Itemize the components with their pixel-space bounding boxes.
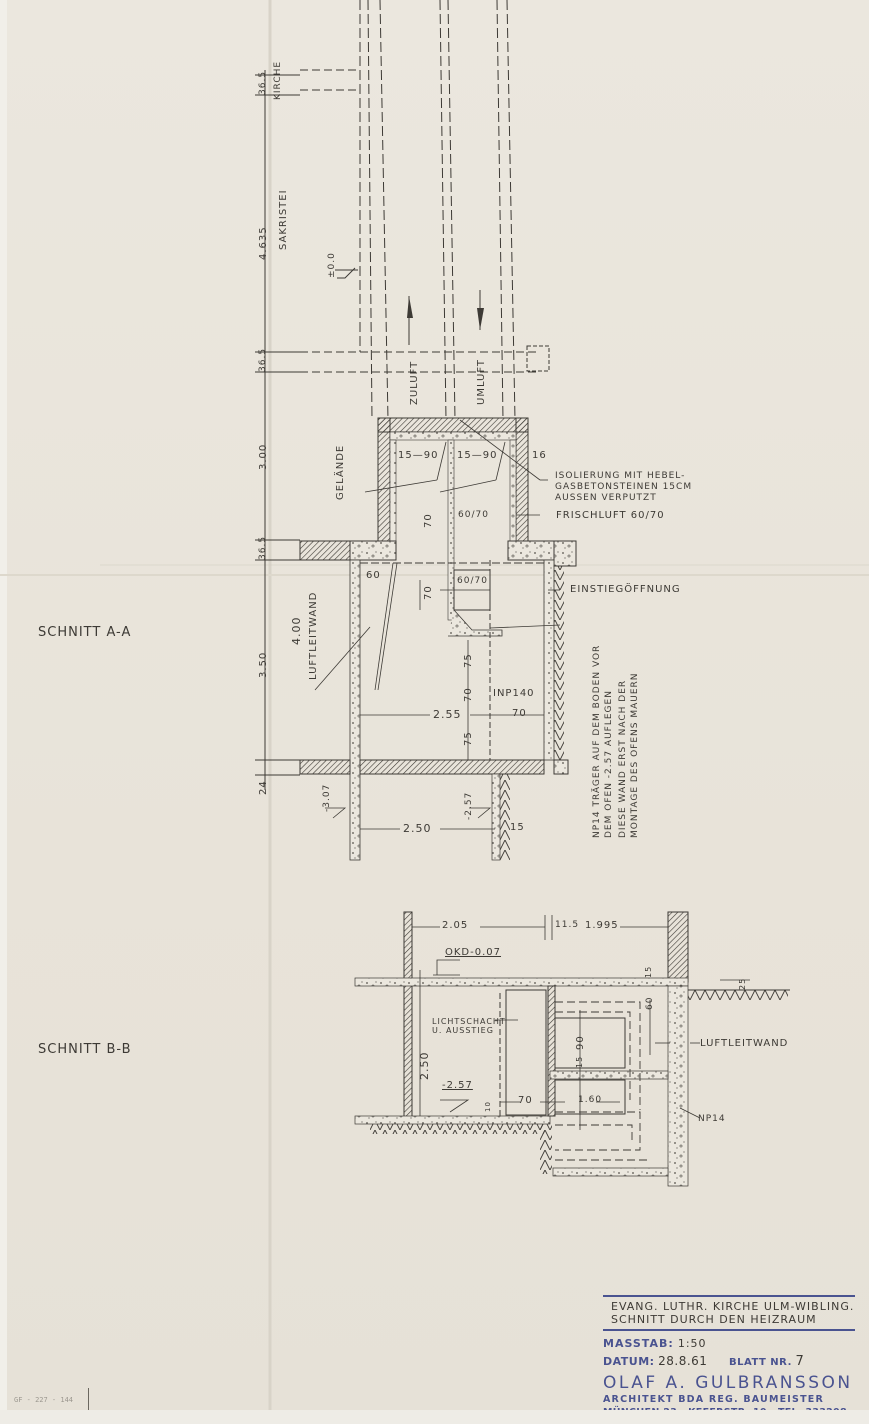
- title-rule-top: [603, 1295, 855, 1297]
- level-257-b: -2.57: [442, 1080, 473, 1091]
- beam-inp140: INP140: [493, 688, 535, 699]
- paper-bottom-edge: [0, 1410, 869, 1424]
- dim-350: 3.50: [258, 652, 269, 678]
- date-value: 28.8.61: [658, 1354, 707, 1368]
- date-row: DATUM: 28.8.61 BLATT NR. 7: [603, 1354, 855, 1368]
- dim-115: 11.5: [555, 920, 579, 930]
- dim-70-mid: 70: [423, 585, 434, 600]
- label-umluft: UMLUFT: [476, 359, 487, 405]
- dim-60-70-lower: 60/70: [457, 576, 488, 586]
- level-307: -3.07: [322, 784, 332, 812]
- dim-365-mid: 36.5: [258, 348, 268, 372]
- dim-400: 4.00: [290, 617, 303, 646]
- label-kirche: KIRCHE: [273, 61, 283, 100]
- label-sakristei: SAKRISTEI: [278, 189, 289, 250]
- sheet-label: BLATT NR.: [729, 1357, 792, 1368]
- dim-365-top: 36.5: [258, 71, 268, 95]
- archive-number: GF - 227 - 144: [14, 1396, 73, 1404]
- dim-60: 60: [366, 570, 381, 581]
- dim-255: 2.55: [433, 708, 462, 721]
- dim-160: 1.60: [578, 1095, 602, 1105]
- date-label: DATUM:: [603, 1355, 655, 1368]
- dim-16: 16: [532, 450, 547, 461]
- note-traeger-2: DEM OFEN -2.57 AUFLEGEN: [604, 690, 614, 838]
- label-gelande: GELÄNDE: [335, 445, 346, 500]
- architect-name: OLAF A. GULBRANSSON: [603, 1373, 855, 1393]
- note-wand-1: DIESE WAND ERST NACH DER: [618, 680, 628, 838]
- architect-title: ARCHITEKT BDA REG. BAUMEISTER: [603, 1394, 855, 1405]
- title-block: EVANG. LUTHR. KIRCHE ULM-WIBLING. SCHNIT…: [603, 1295, 855, 1418]
- dim-250-b: 2.50: [418, 1052, 431, 1081]
- label-zuluft: ZULUFT: [409, 361, 420, 405]
- note-lichtschacht-1: LICHTSCHACHT: [432, 1017, 506, 1026]
- sheet-number: 7: [795, 1354, 804, 1369]
- dim-70-b: 70: [518, 1095, 533, 1106]
- dim-15-b: 15: [575, 1056, 584, 1068]
- dim-60-b: 60: [645, 997, 655, 1010]
- dim-25: 25: [738, 978, 747, 990]
- note-einstiegoffnung: EINSTIEGÖFFNUNG: [570, 584, 681, 595]
- project-name: EVANG. LUTHR. KIRCHE ULM-WIBLING.: [603, 1300, 855, 1313]
- dim-300: 3.00: [258, 444, 269, 470]
- dim-15-top: 15: [644, 966, 653, 978]
- dim-24: 24: [258, 780, 269, 795]
- level-257: -2.57: [464, 792, 474, 820]
- level-zero: ±0.0: [327, 252, 337, 278]
- dim-4635: 4.635: [258, 226, 269, 260]
- dim-365-low: 36.5: [258, 536, 268, 560]
- dim-10: 10: [484, 1101, 492, 1112]
- dim-70-upper: 70: [423, 513, 434, 528]
- archive-mark: [88, 1388, 89, 1410]
- note-isolierung: ISOLIERUNG MIT HEBEL- GASBETONSTEINEN 15…: [555, 471, 692, 504]
- scale-row: MASSTAB: 1:50: [603, 1337, 855, 1350]
- level-okd: OKD-0.07: [445, 947, 501, 958]
- scale-label: MASSTAB:: [603, 1337, 674, 1350]
- note-frischluft: FRISCHLUFT 60/70: [556, 510, 665, 521]
- dim-15-90-a: 15—90: [398, 450, 438, 461]
- note-traeger-1: NP14 TRÄGER AUF DEM BODEN VOR: [592, 645, 602, 838]
- scale-value: 1:50: [678, 1337, 707, 1350]
- dim-15-a: 15: [510, 822, 525, 833]
- section-label-b: SCHNITT B-B: [38, 1042, 132, 1057]
- sheet-group: BLATT NR. 7: [729, 1354, 804, 1369]
- note-lichtschacht-2: U. AUSSTIEG: [432, 1026, 494, 1035]
- dim-1995: 1.995: [585, 920, 619, 931]
- drawing-subject: SCHNITT DURCH DEN HEIZRAUM: [603, 1313, 855, 1326]
- title-rule-bottom: [603, 1329, 855, 1331]
- dim-250: 2.50: [403, 822, 432, 835]
- dim-70-c: 70: [463, 687, 474, 702]
- label-luftleitwand-a: LUFTLEITWAND: [308, 592, 319, 680]
- dim-90-b: 90: [575, 1035, 586, 1050]
- dim-70-right: 70: [512, 708, 527, 719]
- dim-205: 2.05: [442, 920, 468, 931]
- note-luftleitwand-b: LUFTLEITWAND: [700, 1038, 788, 1049]
- dim-15-90-b: 15—90: [457, 450, 497, 461]
- dim-75-a: 75: [463, 653, 474, 668]
- note-np14: NP14: [698, 1114, 726, 1124]
- section-label-a: SCHNITT A-A: [38, 625, 131, 640]
- note-wand-2: MONTAGE DES OFENS MAUERN: [630, 672, 640, 838]
- dim-75-b: 75: [463, 731, 474, 746]
- dim-60-70-upper: 60/70: [458, 510, 489, 520]
